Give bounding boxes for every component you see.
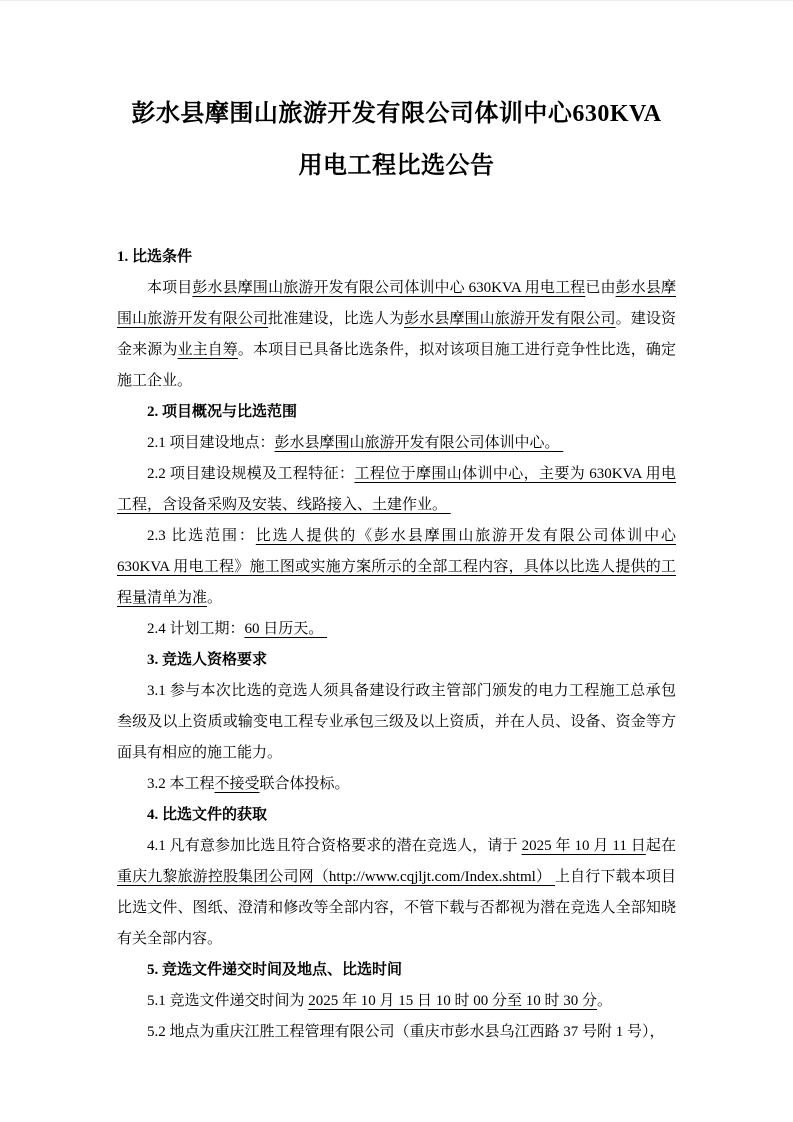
underlined-text-run: 60 日历天。 bbox=[245, 621, 328, 637]
text-run: 5.2 地点为重庆江胜工程管理有限公司（重庆市彭水县乌江西路 37 号附 1 号… bbox=[147, 1024, 665, 1040]
paragraph: 3.2 本工程不接受联合体投标。 bbox=[117, 769, 676, 800]
text-run: 。 bbox=[207, 590, 222, 606]
document-page: 彭水县摩围山旅游开发有限公司体训中心630KVA用电工程比选公告 1. 比选条件… bbox=[0, 0, 793, 1122]
underlined-text-run: 彭水县摩围山旅游开发有限公司体训中心。 bbox=[275, 435, 564, 451]
paragraph: 2.2 项目建设规模及工程特征：工程位于摩围山体训中心，主要为 630KVA 用… bbox=[117, 459, 676, 521]
underlined-text-run: 2025 年 10 月 15 日 10 时 00 分至 10 时 30 分 bbox=[308, 993, 597, 1009]
text-run: 本项目 bbox=[147, 280, 192, 296]
paragraph: 2.4 计划工期：60 日历天。 bbox=[117, 614, 676, 645]
text-run: 3.1 参与本次比选的竞选人须具备建设行政主管部门颁发的电力工程施工总承包叁级及… bbox=[117, 683, 676, 761]
paragraph: 本项目彭水县摩围山旅游开发有限公司体训中心 630KVA 用电工程已由彭水县摩围… bbox=[117, 273, 676, 397]
text-run: 起在 bbox=[646, 838, 676, 854]
text-run: 2.3 比选范围： bbox=[147, 528, 256, 544]
text-run: 2.4 计划工期： bbox=[147, 621, 245, 637]
text-run: 已由 bbox=[585, 280, 615, 296]
section-heading-1: 1. 比选条件 bbox=[117, 242, 676, 273]
document-content: 彭水县摩围山旅游开发有限公司体训中心630KVA用电工程比选公告 1. 比选条件… bbox=[0, 1, 793, 1048]
underlined-text-run: 不接受 bbox=[215, 776, 260, 792]
paragraph: 5.1 竞选文件递交时间为 2025 年 10 月 15 日 10 时 00 分… bbox=[117, 986, 676, 1017]
text-run: 4.1 凡有意参加比选且符合资格要求的潜在竞选人，请于 bbox=[147, 838, 522, 854]
paragraph: 3.1 参与本次比选的竞选人须具备建设行政主管部门颁发的电力工程施工总承包叁级及… bbox=[117, 676, 676, 769]
underlined-text-run: 彭水县摩围山旅游开发有限公司 bbox=[404, 311, 616, 327]
underlined-text-run: 2025 年 10 月 11 日 bbox=[522, 838, 646, 854]
paragraph: 2.1 项目建设地点：彭水县摩围山旅游开发有限公司体训中心。 bbox=[117, 428, 676, 459]
paragraph: 5.2 地点为重庆江胜工程管理有限公司（重庆市彭水县乌江西路 37 号附 1 号… bbox=[117, 1017, 676, 1048]
text-run: 2.1 项目建设地点： bbox=[147, 435, 275, 451]
text-run: 。 bbox=[597, 993, 612, 1009]
text-run: 联合体投标。 bbox=[260, 776, 350, 792]
paragraph: 2.3 比选范围：比选人提供的《彭水县摩围山旅游开发有限公司体训中心 630KV… bbox=[117, 521, 676, 614]
text-run: 5.1 竞选文件递交时间为 bbox=[147, 993, 308, 1009]
text-run: 批准建设，比选人为 bbox=[268, 311, 404, 327]
document-sections: 1. 比选条件本项目彭水县摩围山旅游开发有限公司体训中心 630KVA 用电工程… bbox=[117, 242, 676, 1048]
section-heading-5: 5. 竞选文件递交时间及地点、比选时间 bbox=[117, 955, 676, 986]
section-heading-3: 3. 竞选人资格要求 bbox=[117, 645, 676, 676]
document-title: 彭水县摩围山旅游开发有限公司体训中心630KVA用电工程比选公告 bbox=[123, 88, 671, 192]
underlined-text-run: 业主自筹 bbox=[177, 342, 237, 358]
underlined-text-run: 彭水县摩围山旅游开发有限公司体训中心 630KVA 用电工程 bbox=[192, 280, 585, 296]
text-run: 3.2 本工程 bbox=[147, 776, 215, 792]
paragraph: 4.1 凡有意参加比选且符合资格要求的潜在竞选人，请于 2025 年 10 月 … bbox=[117, 831, 676, 955]
underlined-text-run: 重庆九黎旅游控股集团公司网（http://www.cqjljt.com/Inde… bbox=[117, 869, 555, 885]
section-heading-2: 2. 项目概况与比选范围 bbox=[117, 397, 676, 428]
text-run: 2.2 项目建设规模及工程特征： bbox=[147, 466, 354, 482]
section-heading-4: 4. 比选文件的获取 bbox=[117, 800, 676, 831]
